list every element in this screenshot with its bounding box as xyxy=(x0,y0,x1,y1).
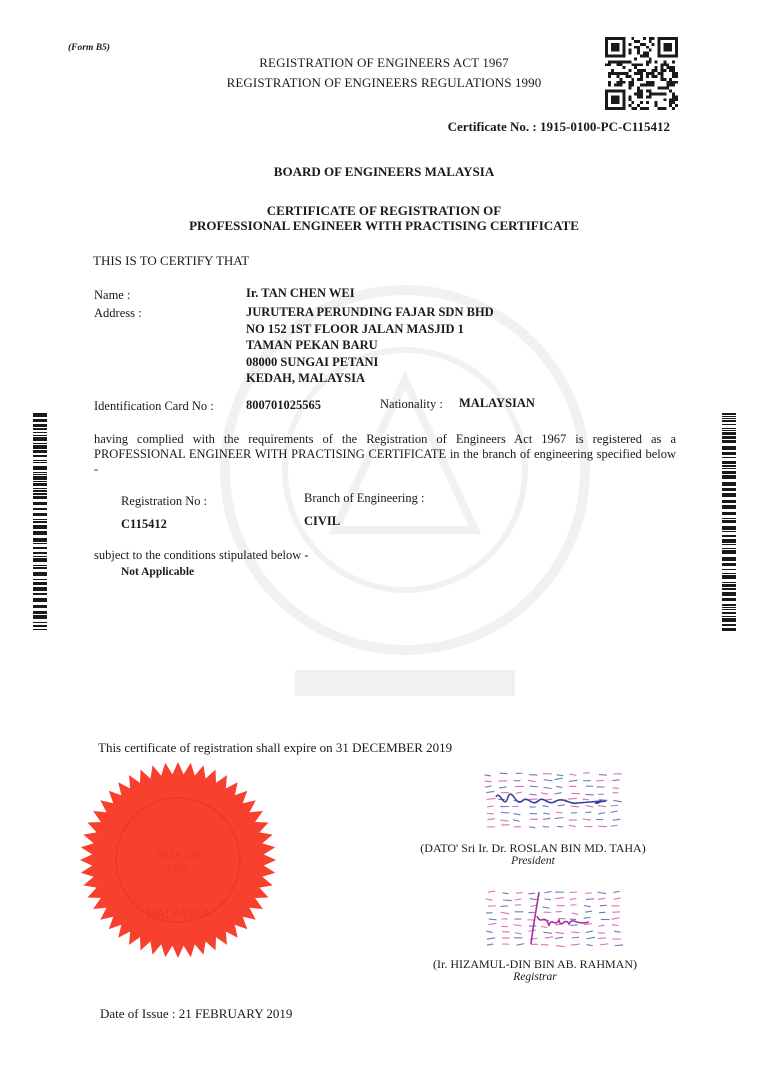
president-signature-icon xyxy=(478,767,628,833)
left-barcode-icon xyxy=(33,413,47,631)
address-line: 08000 SUNGAI PETANI xyxy=(246,354,494,371)
address-line: JURUTERA PERUNDING FAJAR SDN BHD xyxy=(246,304,494,321)
seal-text-2: 1967 xyxy=(167,863,190,874)
address-label: Address : xyxy=(94,306,142,321)
nationality-value: MALAYSIAN xyxy=(459,396,535,411)
certificate-title-line2: PROFESSIONAL ENGINEER WITH PRACTISING CE… xyxy=(0,218,768,233)
conditions-label: subject to the conditions stipulated bel… xyxy=(94,548,309,563)
registrar-role: Registrar xyxy=(385,971,685,983)
branch-label: Branch of Engineering : xyxy=(304,491,424,506)
form-code: (Form B5) xyxy=(68,43,110,53)
registrar-signature-icon xyxy=(479,886,629,952)
certificate-title: CERTIFICATE OF REGISTRATION OF PROFESSIO… xyxy=(0,203,768,233)
certificate-title-line1: CERTIFICATE OF REGISTRATION OF xyxy=(0,203,768,218)
president-role: President xyxy=(383,855,683,867)
right-barcode-icon xyxy=(722,413,736,631)
compliance-statement: having complied with the requirements of… xyxy=(94,432,676,477)
certificate-number-value: 1915-0100-PC-C115412 xyxy=(540,119,670,134)
expiry-statement: This certificate of registration shall e… xyxy=(98,740,452,756)
address-line: KEDAH, MALAYSIA xyxy=(246,370,494,387)
president-name: (DATO' Sri Ir. Dr. ROSLAN BIN MD. TAHA) xyxy=(383,841,683,856)
certify-intro: THIS IS TO CERTIFY THAT xyxy=(93,253,249,269)
qr-code-icon xyxy=(605,37,678,110)
engineer-name: Ir. TAN CHEN WEI xyxy=(246,286,355,301)
red-seal-icon: AKTA 138 1967 MALAYSIA xyxy=(78,760,278,960)
certificate-number: Certificate No. : 1915-0100-PC-C115412 xyxy=(448,119,670,135)
address-line: NO 152 1ST FLOOR JALAN MASJID 1 xyxy=(246,321,494,338)
date-of-issue: Date of Issue : 21 FEBRUARY 2019 xyxy=(100,1006,292,1022)
nationality-label: Nationality : xyxy=(380,397,443,412)
registrar-name: (Ir. HIZAMUL-DIN BIN AB. RAHMAN) xyxy=(385,957,685,972)
registration-number: C115412 xyxy=(121,517,167,532)
ic-number: 800701025565 xyxy=(246,398,321,413)
issuing-board: BOARD OF ENGINEERS MALAYSIA xyxy=(0,164,768,180)
branch-value: CIVIL xyxy=(304,514,340,529)
address-line: TAMAN PEKAN BARU xyxy=(246,337,494,354)
certificate-number-label: Certificate No. : xyxy=(448,119,537,134)
name-label: Name : xyxy=(94,288,130,303)
address-block: JURUTERA PERUNDING FAJAR SDN BHD NO 152 … xyxy=(246,304,494,387)
seal-text-1: AKTA 138 xyxy=(156,850,201,861)
seal-text-ring: MALAYSIA xyxy=(146,906,210,921)
ic-label: Identification Card No : xyxy=(94,399,214,414)
registration-number-label: Registration No : xyxy=(121,494,207,509)
conditions-value: Not Applicable xyxy=(121,566,194,578)
